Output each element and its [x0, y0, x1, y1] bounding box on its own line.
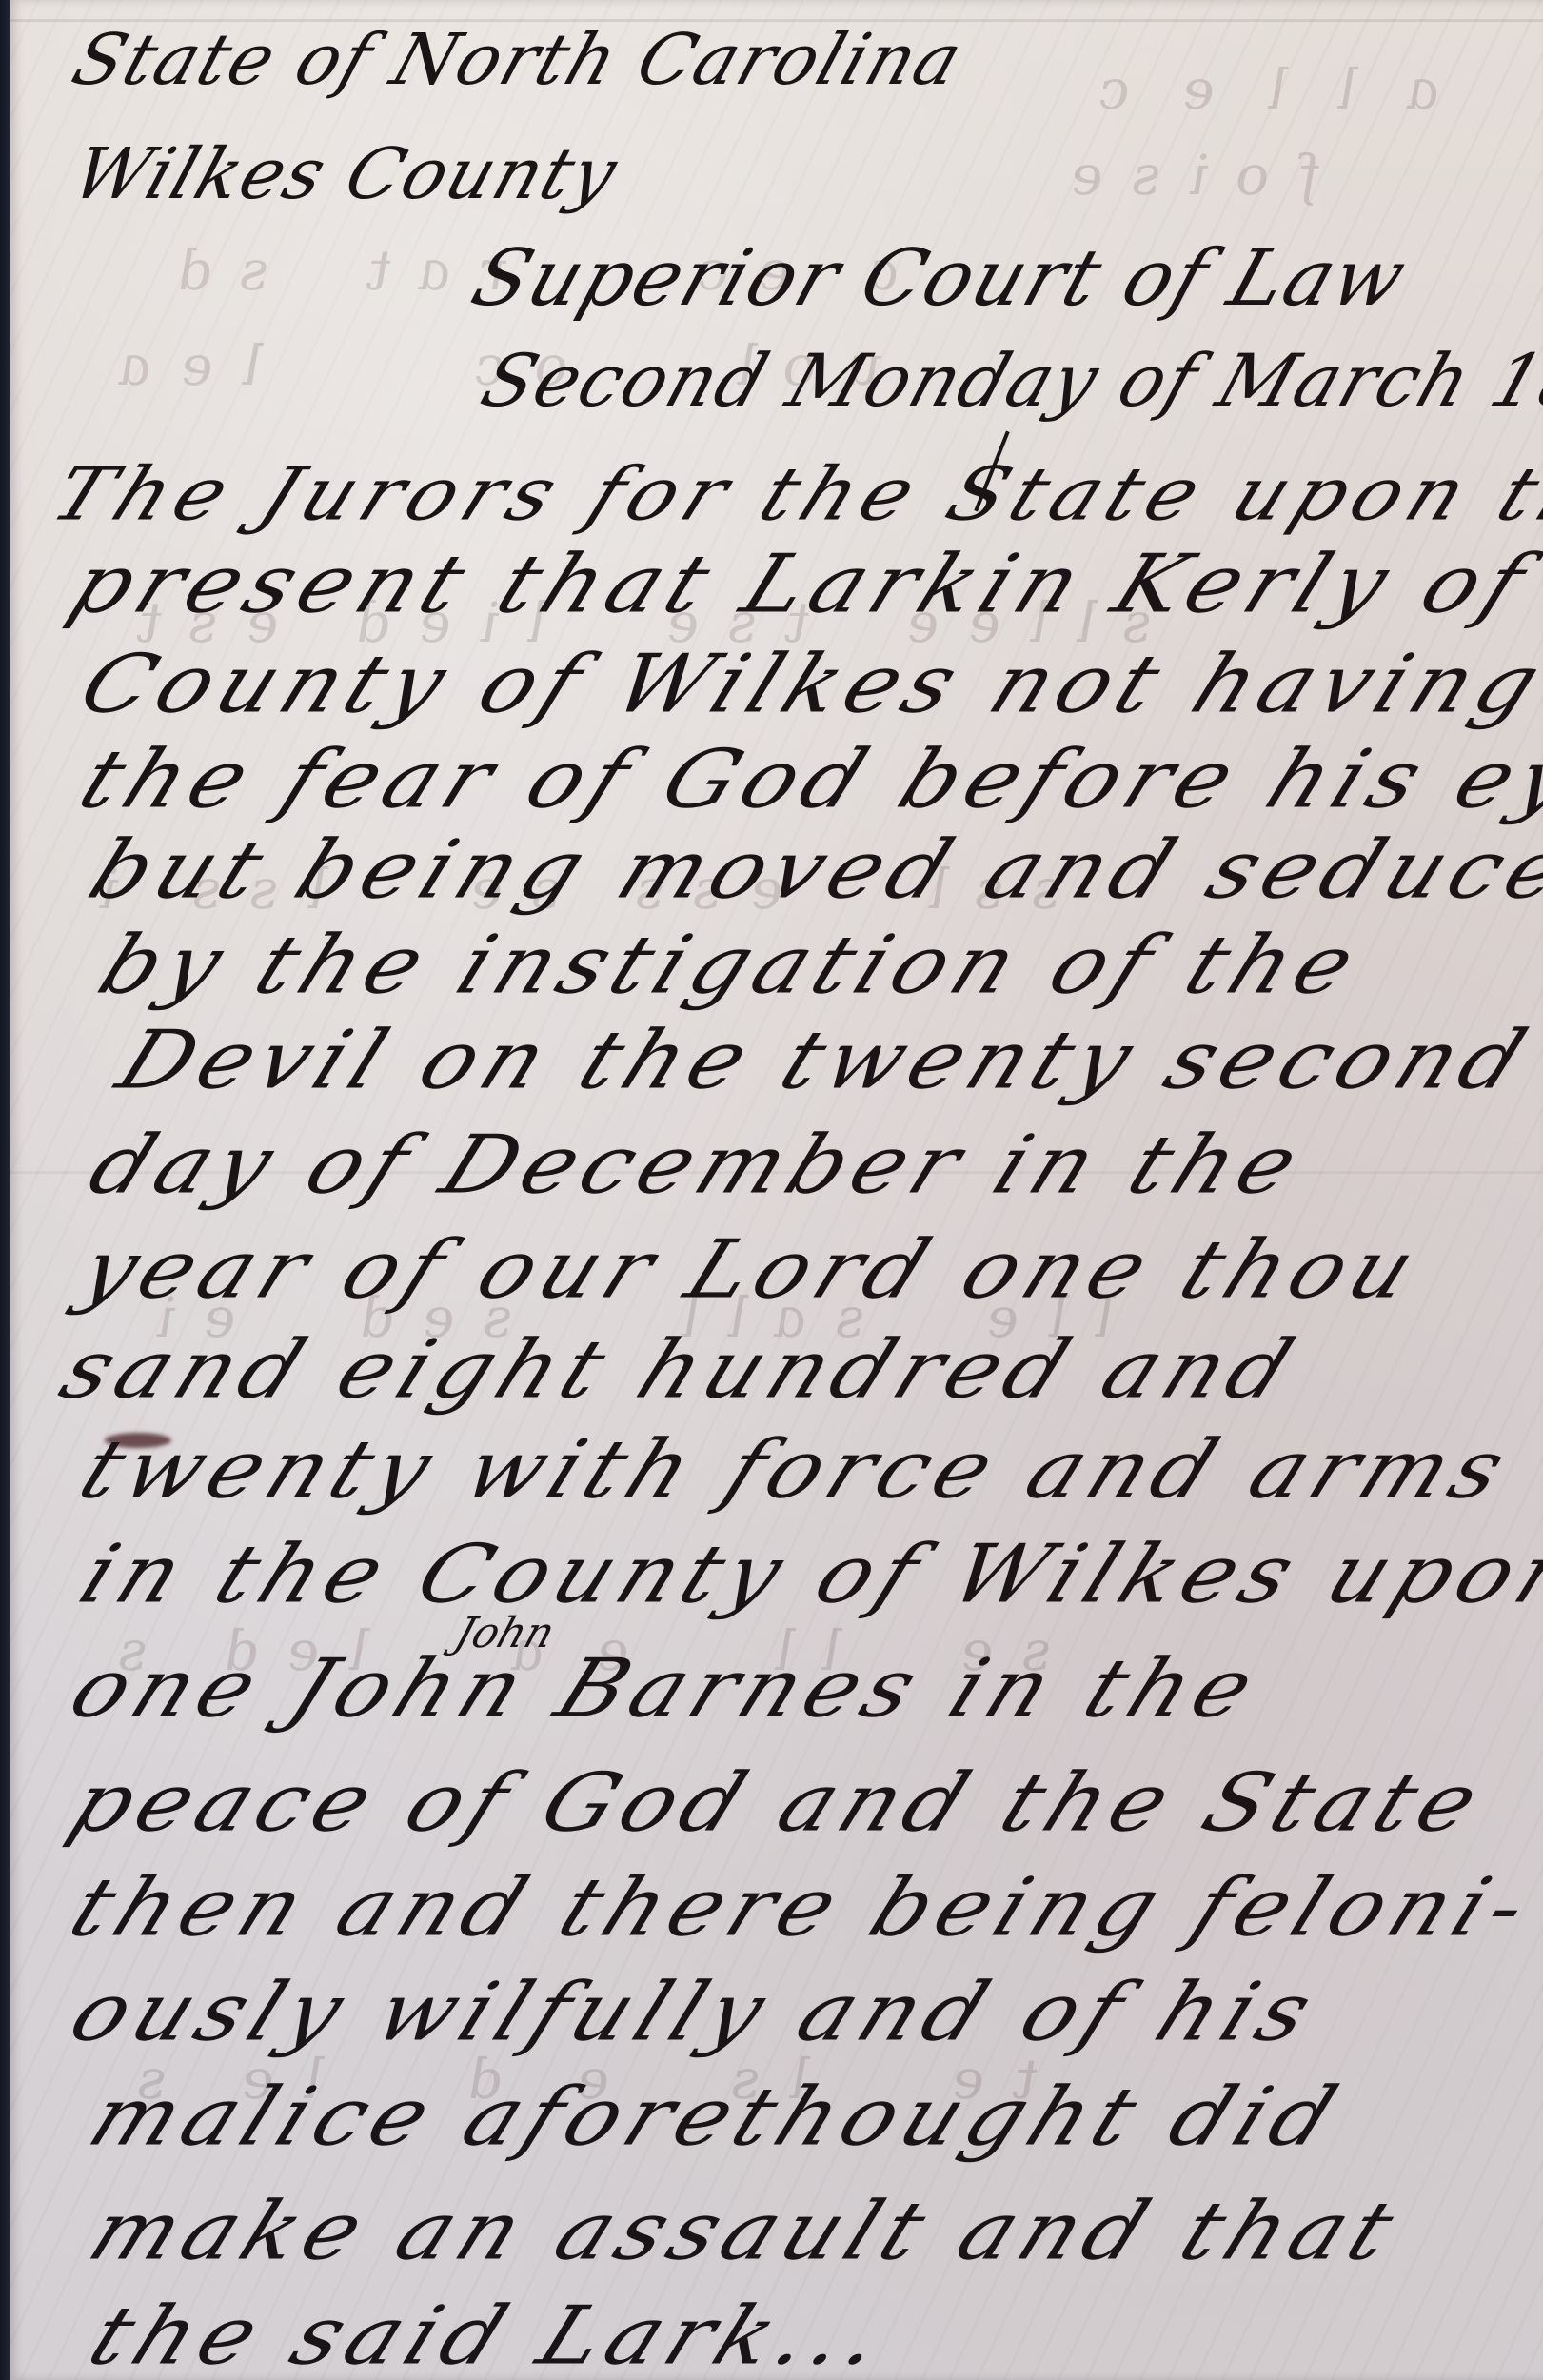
heading-court: Superior Court of Law — [462, 233, 1418, 324]
body-line: make an assault and that — [76, 2184, 1414, 2277]
heading-county: Wilkes County — [63, 133, 628, 215]
bleed-through-text: a l l e c — [1083, 57, 1454, 122]
body-line: in the County of Wilkes upon — [67, 1527, 1543, 1620]
body-line: day of December in the — [76, 1118, 1319, 1211]
body-line: the fear of God before his eyes — [67, 732, 1543, 825]
body-line: year of our Lord one thou — [67, 1222, 1436, 1316]
body-line: then and there being feloni- — [57, 1860, 1543, 1954]
body-line: present that Larkin Kerly of the — [57, 537, 1543, 630]
heading-state: State of North Carolina — [63, 19, 973, 101]
body-line: ously wilfully and of his — [57, 1965, 1333, 2058]
bleed-through-text: f o i s e — [1055, 143, 1333, 208]
body-line: the said Lark... — [76, 2289, 905, 2380]
body-line: County of Wilkes not having — [67, 637, 1543, 730]
body-line: Devil on the twenty second — [105, 1013, 1543, 1106]
body-line: one John Barnes in the — [57, 1641, 1275, 1735]
body-line: twenty with force and arms — [67, 1422, 1526, 1516]
body-line: sand eight hundred and — [48, 1322, 1314, 1416]
body-line: but being moved and seduced — [76, 823, 1543, 916]
body-line: by the instigation of the — [86, 918, 1375, 1011]
body-line: peace of God and the State — [57, 1755, 1499, 1849]
body-line: The Jurors for the State upon their oath — [40, 451, 1543, 537]
heading-session: Second Monday of March 1821 — [472, 338, 1543, 423]
body-line: malice aforethought did — [76, 2070, 1356, 2163]
